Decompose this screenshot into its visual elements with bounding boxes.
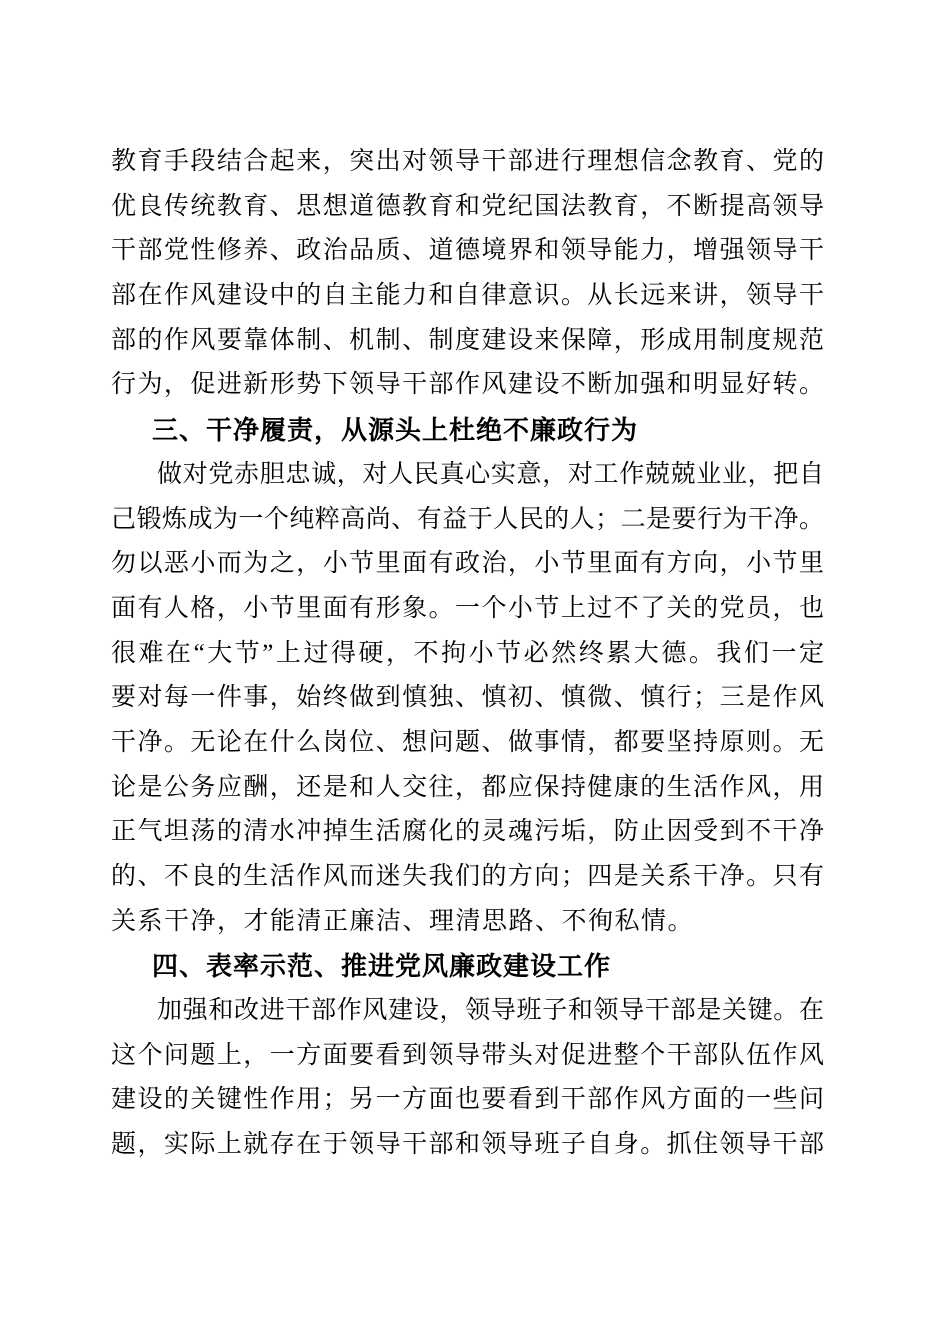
body-line: 建设的关键性作用；另一方面也要看到干部作风方面的一些问 (111, 1078, 824, 1123)
body-line: 论是公务应酬，还是和人交往，都应保持健康的生活作风，用 (111, 766, 824, 811)
body-line: 要对每一件事，始终做到慎独、慎初、慎微、慎行；三是作风 (111, 676, 824, 721)
body-line: 行为，促进新形势下领导干部作风建设不断加强和明显好转。 (111, 363, 824, 408)
body-line: 干部党性修养、政治品质、道德境界和领导能力，增强领导干 (111, 229, 824, 274)
body-line: 关系干净，才能清正廉洁、理清思路、不徇私情。 (111, 900, 824, 945)
body-line: 面有人格，小节里面有形象。一个小节上过不了关的党员，也 (111, 587, 824, 632)
section-heading-3: 三、干净履责，从源头上杜绝不廉政行为 (111, 408, 824, 453)
body-line: 这个问题上，一方面要看到领导带头对促进整个干部队伍作风 (111, 1034, 824, 1079)
body-line: 己锻炼成为一个纯粹高尚、有益于人民的人；二是要行为干净。 (111, 498, 824, 543)
body-line: 题，实际上就存在于领导干部和领导班子自身。抓住领导干部 (111, 1123, 824, 1168)
body-line: 教育手段结合起来，突出对领导干部进行理想信念教育、党的 (111, 140, 824, 185)
body-line: 部的作风要靠体制、机制、制度建设来保障，形成用制度规范 (111, 319, 824, 364)
body-line: 做对党赤胆忠诚，对人民真心实意，对工作兢兢业业，把自 (111, 453, 824, 498)
body-line: 加强和改进干部作风建设，领导班子和领导干部是关键。在 (111, 989, 824, 1034)
body-line: 正气坦荡的清水冲掉生活腐化的灵魂污垢，防止因受到不干净 (111, 810, 824, 855)
body-line: 很难在“大节”上过得硬，不拘小节必然终累大德。我们一定 (111, 632, 824, 677)
body-line: 的、不良的生活作风而迷失我们的方向；四是关系干净。只有 (111, 855, 824, 900)
section-heading-4: 四、表率示范、推进党风廉政建设工作 (111, 944, 824, 989)
body-line: 部在作风建设中的自主能力和自律意识。从长远来讲，领导干 (111, 274, 824, 319)
body-line: 优良传统教育、思想道德教育和党纪国法教育，不断提高领导 (111, 185, 824, 230)
body-line: 干净。无论在什么岗位、想问题、做事情，都要坚持原则。无 (111, 721, 824, 766)
document-text-block: 教育手段结合起来，突出对领导干部进行理想信念教育、党的 优良传统教育、思想道德教… (111, 140, 824, 1168)
body-line: 勿以恶小而为之，小节里面有政治，小节里面有方向，小节里 (111, 542, 824, 587)
document-page: 教育手段结合起来，突出对领导干部进行理想信念教育、党的 优良传统教育、思想道德教… (0, 0, 950, 1344)
